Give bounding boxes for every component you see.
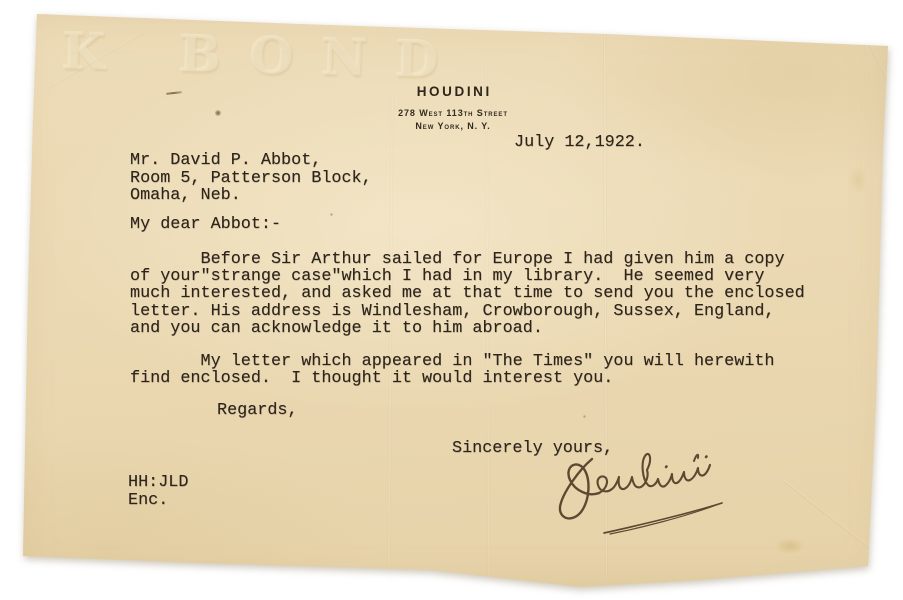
signature-underline (604, 503, 722, 533)
signature-stroke-loop (560, 459, 599, 518)
letterhead-city: New York, N. Y. (353, 121, 553, 131)
pin-hole (215, 110, 221, 116)
recipient-address: Mr. David P. Abbot, Room 5, Patterson Bl… (130, 152, 372, 205)
body-paragraph-2: My letter which appeared in "The Times" … (130, 353, 775, 387)
salutation: My dear Abbot:- (130, 216, 281, 233)
paper-stain (845, 160, 871, 200)
paper-stain (770, 535, 810, 557)
signature-end-tick (694, 455, 698, 461)
ink-speck (330, 213, 333, 216)
paper-shadow-wrap: K BOND HOUDINI 278 West 113th Street New… (0, 0, 903, 600)
signature-stroke-letters (598, 454, 710, 493)
scanned-letter-page: K BOND HOUDINI 278 West 113th Street New… (0, 0, 903, 600)
letterhead-street: 278 West 113th Street (353, 108, 553, 118)
date-line: July 12,1922. (514, 134, 645, 151)
paper-watermark: K BOND (61, 21, 467, 89)
signature-i-dot (706, 457, 707, 458)
letter-paper: K BOND HOUDINI 278 West 113th Street New… (0, 0, 903, 600)
houdini-signature: Houdini (550, 445, 750, 540)
corner-crease-top-right (861, 31, 903, 111)
ink-smudge (166, 91, 182, 95)
signature-i-dot (666, 467, 667, 468)
ink-speck (583, 415, 586, 418)
letterhead: HOUDINI 278 West 113th Street New York, … (353, 84, 553, 131)
body-paragraph-1: Before Sir Arthur sailed for Europe I ha… (130, 251, 805, 337)
letterhead-name: HOUDINI (353, 84, 553, 99)
reference-initials: HH:JLD Enc. (128, 474, 188, 509)
regards-line: Regards, (217, 402, 298, 419)
corner-crease-bottom-right (783, 480, 887, 562)
